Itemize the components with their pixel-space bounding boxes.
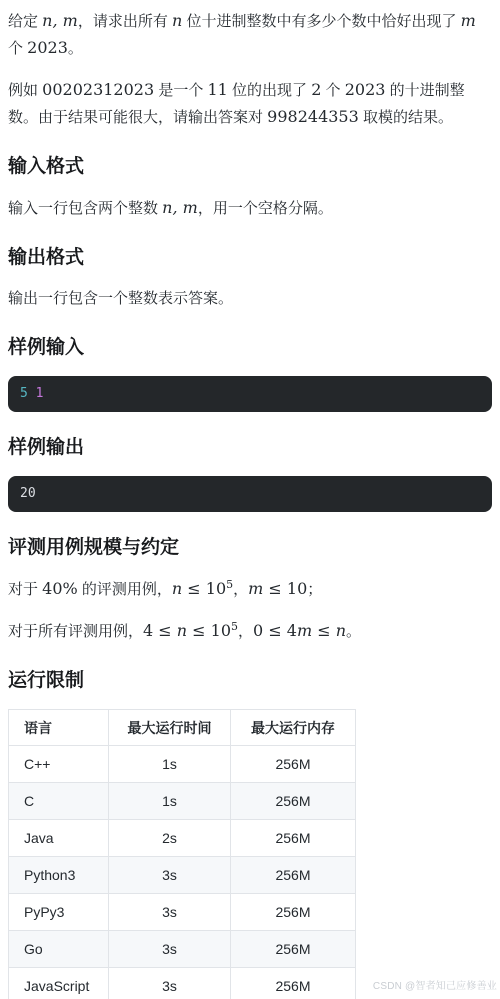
text-segment: ，用一个空格分隔。 [198, 200, 333, 217]
input-format-description: 输入一行包含两个整数 n, m，用一个空格分隔。 [8, 195, 492, 222]
cell-max-run-memory: 256M [231, 857, 356, 894]
table-row: C++1s256M [9, 746, 356, 783]
text-segment: 的评测用例， [78, 581, 172, 598]
text-segment: 。 [68, 40, 83, 57]
math-segment: ≤ 10 [263, 579, 307, 598]
text-segment: 对于 [8, 581, 42, 598]
cell-max-run-time: 2s [109, 820, 231, 857]
text-segment: 例如 [8, 82, 42, 99]
math-segment: 11 [208, 80, 228, 99]
math-segment: 00202312023 [42, 80, 154, 99]
problem-page: 给定 n, m，请求出所有 n 位十进制整数中有多少个数中恰好出现了 m 个 2… [0, 0, 500, 999]
cell-language: JavaScript [9, 968, 109, 999]
heading-run-limits: 运行限制 [8, 667, 492, 695]
cell-max-run-memory: 256M [231, 968, 356, 999]
cell-max-run-memory: 256M [231, 783, 356, 820]
math-segment: 998244353 [267, 107, 359, 126]
math-segment: n [177, 621, 187, 640]
heading-input-format: 输入格式 [8, 153, 492, 181]
math-segment: 0 ≤ 4 [253, 621, 297, 640]
text-segment: 给定 [8, 13, 42, 30]
heading-output-format: 输出格式 [8, 244, 492, 272]
cell-language: Java [9, 820, 109, 857]
cell-max-run-memory: 256M [231, 931, 356, 968]
cell-language: C [9, 783, 109, 820]
heading-constraints: 评测用例规模与约定 [8, 534, 492, 562]
text-segment: ； [307, 581, 322, 598]
cell-max-run-time: 1s [109, 746, 231, 783]
run-limits-table: 语言 最大运行时间 最大运行内存 C++1s256MC1s256MJava2s2… [8, 709, 356, 999]
math-segment: 2 [311, 80, 321, 99]
text-segment: 个 [8, 40, 27, 57]
table-row: Go3s256M [9, 931, 356, 968]
cell-max-run-time: 3s [109, 857, 231, 894]
cell-language: C++ [9, 746, 109, 783]
text-segment: 位十进制整数中有多少个数中恰好出现了 [182, 13, 460, 30]
header-max-run-memory: 最大运行内存 [231, 710, 356, 746]
constraints-line-1: 对于 40% 的评测用例，n ≤ 105，m ≤ 10； [8, 576, 492, 603]
text-segment: ， [233, 581, 248, 598]
math-segment: 2023 [345, 80, 386, 99]
cell-max-run-memory: 256M [231, 746, 356, 783]
header-language: 语言 [9, 710, 109, 746]
sample-output-code-block: 20 [8, 476, 492, 512]
math-segment: m [248, 579, 263, 598]
table-row: PyPy33s256M [9, 894, 356, 931]
text-segment: ， [238, 623, 253, 640]
constraints-line-2: 对于所有评测用例，4 ≤ n ≤ 105，0 ≤ 4m ≤ n。 [8, 618, 492, 645]
cell-max-run-memory: 256M [231, 894, 356, 931]
math-segment: ≤ [312, 621, 336, 640]
math-segment: m [297, 621, 312, 640]
math-segment: 40% [42, 579, 78, 598]
cell-language: Go [9, 931, 109, 968]
table-row: Java2s256M [9, 820, 356, 857]
text-segment: 个 [321, 82, 344, 99]
sample-input-code-block: 5 1 [8, 376, 492, 412]
header-max-run-time: 最大运行时间 [109, 710, 231, 746]
cell-max-run-time: 1s [109, 783, 231, 820]
text-segment: 是一个 [154, 82, 207, 99]
math-segment: 4 ≤ [143, 621, 177, 640]
cell-language: Python3 [9, 857, 109, 894]
math-segment: n, m [162, 198, 198, 217]
table-row: JavaScript3s256M [9, 968, 356, 999]
text-segment: 位的出现了 [228, 82, 311, 99]
table-header-row: 语言 最大运行时间 最大运行内存 [9, 710, 356, 746]
math-segment: n [172, 11, 182, 30]
cell-language: PyPy3 [9, 894, 109, 931]
cell-max-run-time: 3s [109, 968, 231, 999]
table-body: C++1s256MC1s256MJava2s256MPython33s256MP… [9, 746, 356, 999]
text-segment: 。 [346, 623, 361, 640]
table-row: Python33s256M [9, 857, 356, 894]
code-token [28, 386, 36, 401]
cell-max-run-memory: 256M [231, 820, 356, 857]
code-token: 20 [20, 486, 36, 501]
code-token: 1 [36, 386, 44, 401]
math-segment: n, m [42, 11, 78, 30]
heading-sample-output: 样例输出 [8, 434, 492, 462]
heading-sample-input: 样例输入 [8, 334, 492, 362]
math-segment: 5 [231, 620, 238, 633]
math-segment: n [336, 621, 346, 640]
math-segment: ≤ 10 [182, 579, 226, 598]
text-segment: 输入一行包含两个整数 [8, 200, 162, 217]
cell-max-run-time: 3s [109, 931, 231, 968]
text-segment: 取模的结果。 [359, 109, 453, 126]
text-segment: ，请求出所有 [78, 13, 172, 30]
math-segment: n [172, 579, 182, 598]
math-segment: ≤ 10 [187, 621, 231, 640]
text-segment: 输出一行包含一个整数表示答案。 [8, 290, 233, 307]
output-format-description: 输出一行包含一个整数表示答案。 [8, 286, 492, 312]
code-token: 5 [20, 386, 28, 401]
cell-max-run-time: 3s [109, 894, 231, 931]
math-segment: m [461, 11, 476, 30]
math-segment: 2023 [27, 38, 68, 57]
table-row: C1s256M [9, 783, 356, 820]
csdn-watermark: CSDN @智者知己应修善业 [373, 977, 497, 992]
problem-statement-p2: 例如 00202312023 是一个 11 位的出现了 2 个 2023 的十进… [8, 77, 492, 131]
text-segment: 对于所有评测用例， [8, 623, 143, 640]
problem-statement-p1: 给定 n, m，请求出所有 n 位十进制整数中有多少个数中恰好出现了 m 个 2… [8, 8, 492, 62]
